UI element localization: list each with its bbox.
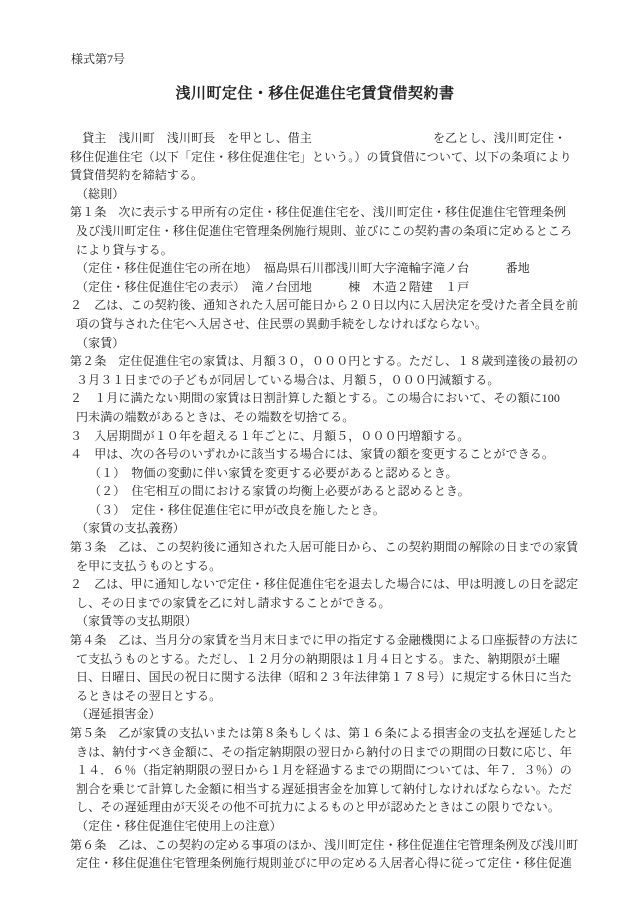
page-title: 浅川町定住・移住促進住宅賃貸借契約書 (0, 82, 630, 103)
contract-body: 貸主 浅川町 浅川町長 を甲とし、借主 を乙とし、浅川町定住・移住促進住宅（以下… (70, 129, 575, 873)
contract-line: きは、納付すべき金額に、その指定納期限の翌日から納付の日までの期間の日数に応じ、… (70, 743, 575, 762)
contract-line: により貸与する。 (70, 241, 575, 260)
contract-line: を甲に支払うものとする。 (70, 557, 575, 576)
contract-line: 円未満の端数があるときは、その端数を切捨てる。 (70, 408, 575, 427)
contract-line: ３月３１日までの子どもが同居している場合は、月額５，０００円減額する。 (70, 371, 575, 390)
contract-line: ２ 乙は、この契約後、通知された入居可能日から２０日以内に入居決定を受けた者全員… (70, 296, 575, 315)
contract-line: るときはその翌日とする。 (70, 687, 575, 706)
contract-line: 及び浅川町定住・移住促進住宅管理条例施行規則、並びにこの契約書の条項に定めるとこ… (70, 222, 575, 241)
contract-line: （３） 定住・移住促進住宅に甲が改良を施したとき。 (70, 501, 575, 520)
contract-line: （家賃等の支払期限） (70, 612, 575, 631)
contract-line: （家賃の支払義務） (70, 519, 575, 538)
contract-line: （２） 住宅相互の間における家賃の均衡上必要があると認めるとき。 (70, 482, 575, 501)
contract-line: 第５条 乙が家賃の支払いまたは第８条もしくは、第１６条による損害金の支払を遅延し… (70, 724, 575, 743)
contract-line: 割合を乗じて計算した金額に相当する遅延損害金を加算して納付しなければならない。た… (70, 780, 575, 799)
contract-line: （家賃） (70, 334, 575, 353)
contract-line: し、その遅延理由が天災その他不可抗力によるものと甲が認めたときはこの限りでない。 (70, 798, 575, 817)
contract-line: （定住・移住促進住宅の所在地） 福島県石川郡浅川町大字滝輪字滝ノ台 番地 (70, 259, 575, 278)
contract-line: １４．６％（指定納期限の翌日から１月を経過するまでの期間については、年７．３％）… (70, 761, 575, 780)
contract-line: ３ 入居期間が１０年を超える１年ごとに、月額５，０００円増額する。 (70, 427, 575, 446)
form-number: 様式第7号 (71, 52, 125, 66)
contract-line: （総則） (70, 185, 575, 204)
contract-line: （定住・移住促進住宅使用上の注意） (70, 817, 575, 836)
contract-line: （定住・移住促進住宅の表示） 滝ノ台団地 棟 木造２階建 １戸 (70, 278, 575, 297)
contract-line: （１） 物価の変動に伴い家賃を変更する必要があると認めるとき。 (70, 464, 575, 483)
contract-line: 定住・移住促進住宅管理条例施行規則並びに甲の定める入居者心得に従って定住・移住促… (70, 854, 575, 873)
contract-line: 項の貸与された住宅へ入居させ、住民票の異動手続をしなければならない。 (70, 315, 575, 334)
contract-line: 日、日曜日、国民の祝日に関する法律（昭和２３年法律第１７８号）に規定する休日に当… (70, 668, 575, 687)
contract-line: 第４条 乙は、当月分の家賃を当月末日までに甲の指定する金融機関による口座振替の方… (70, 631, 575, 650)
contract-line: 第６条 乙は、この契約の定める事項のほか、浅川町定住・移住促進住宅管理条例及び浅… (70, 836, 575, 855)
contract-line: 第１条 次に表示する甲所有の定住・移住促進住宅を、浅川町定住・移住促進住宅管理条… (70, 203, 575, 222)
document-page: 様式第7号 浅川町定住・移住促進住宅賃貸借契約書 貸主 浅川町 浅川町長 を甲と… (0, 0, 630, 903)
contract-line: 第３条 乙は、この契約後に通知された入居可能日から、この契約期間の解除の日までの… (70, 538, 575, 557)
contract-line: 移住促進住宅（以下「定住・移住促進住宅」という。）の賃貸借について、以下の条項に… (70, 148, 575, 167)
contract-line: ２ 乙は、甲に通知しないで定住・移住促進住宅を退去した場合には、甲は明渡しの日を… (70, 575, 575, 594)
contract-line: ４ 甲は、次の各号のいずれかに該当する場合には、家賃の額を変更することができる。 (70, 445, 575, 464)
contract-line: 貸主 浅川町 浅川町長 を甲とし、借主 を乙とし、浅川町定住・ (70, 129, 575, 148)
contract-line: し、その日までの家賃を乙に対し請求することができる。 (70, 594, 575, 613)
contract-line: （遅延損害金） (70, 705, 575, 724)
contract-line: 賃貸借契約を締結する。 (70, 166, 575, 185)
contract-line: 第２条 定住促進住宅の家賃は、月額３０，０００円とする。ただし、１８歳到達後の最… (70, 352, 575, 371)
contract-line: て支払うものとする。ただし、１２月分の納期限は１月４日とする。また、納期限が土曜 (70, 650, 575, 669)
contract-line: ２ １月に満たない期間の家賃は日割計算した額とする。この場合において、その額に1… (70, 389, 575, 408)
